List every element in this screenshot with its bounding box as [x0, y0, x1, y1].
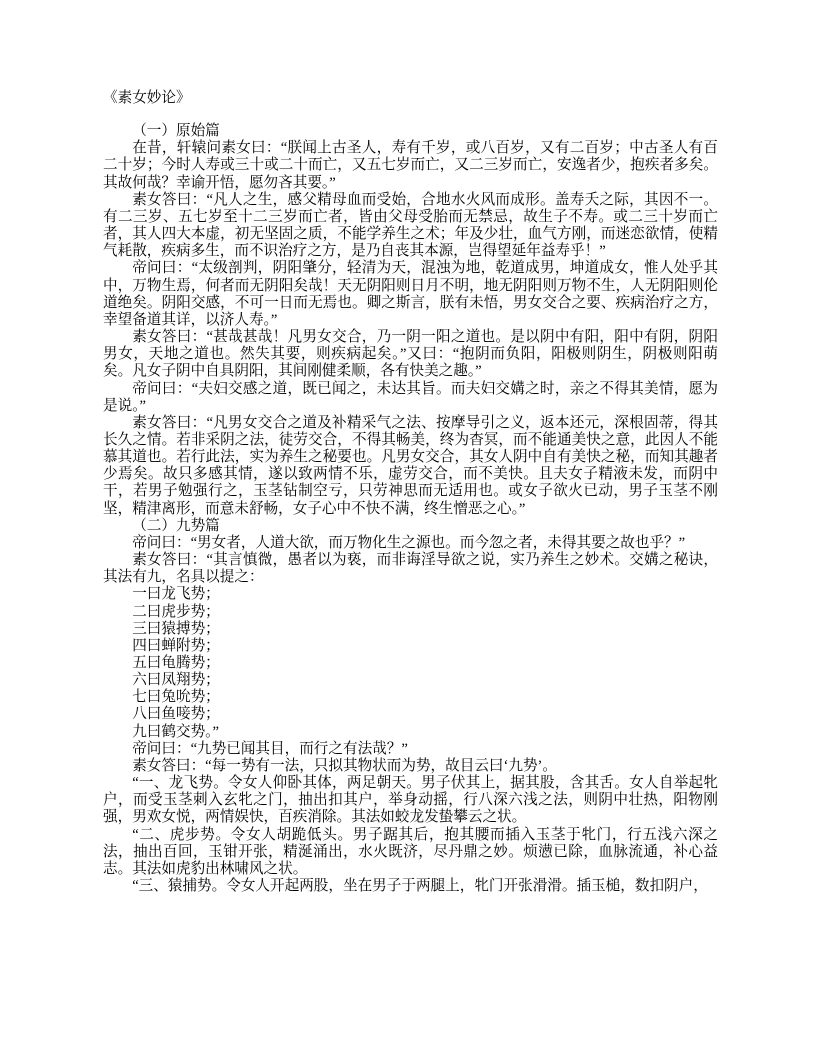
list-item: 一曰龙飞势；	[103, 586, 718, 603]
paragraph: “二、虎步势。令女人胡跪低头。男子踞其后，抱其腰而插入玉茎于牝门，行五浅六深之法…	[103, 827, 718, 878]
list-item: 七曰兔吮势；	[103, 689, 718, 706]
paragraph: “一、龙飞势。令女人仰卧其体，两足朝天。男子伏其上，据其股，含其舌。女人自举起牝…	[103, 775, 718, 826]
paragraph: 素女答曰：“凡男女交合之道及补精采气之法、按摩导引之义，返本还元，深根固蒂，得其…	[103, 415, 718, 518]
paragraph: 帝问曰：“九势已闻其目，而行之有法哉？”	[103, 741, 718, 758]
paragraph: 帝问曰：“男女者，人道大欲，而万物化生之源也。而今忽之者，未得其要之故也乎？”	[103, 535, 718, 552]
paragraph: “三、猿捕势。令女人开起两股，坐在男子于两腿上，牝门开张滑滑。插玉槌，数扣阴户，	[103, 878, 718, 895]
list-item: 三曰猿搏势；	[103, 621, 718, 638]
paragraph: 在昔，轩辕问素女曰：“朕闻上古圣人，寿有千岁，或八百岁，又有二百岁；中古圣人有百…	[103, 140, 718, 191]
list-item: 四曰蝉附势；	[103, 638, 718, 655]
paragraph: 素女答曰：“其言慎微，愚者以为亵，而非诲淫导欲之说，实乃养生之妙术。交媾之秘诀，…	[103, 552, 718, 586]
document-body: 《素女妙论》 （一）原始篇 在昔，轩辕问素女曰：“朕闻上古圣人，寿有千岁，或八百…	[103, 90, 718, 895]
document-page: 《素女妙论》 （一）原始篇 在昔，轩辕问素女曰：“朕闻上古圣人，寿有千岁，或八百…	[0, 0, 816, 1056]
list-item: 六曰凤翔势；	[103, 672, 718, 689]
paragraph: 素女答曰：“每一势有一法，只拟其物状而为势，故目云曰‘九势’。	[103, 758, 718, 775]
list-item: 九曰鹤交势。”	[103, 724, 718, 741]
paragraph: 素女答曰：“甚哉甚哉！凡男女交合，乃一阴一阳之道也。是以阴中有阳，阳中有阴，阴阳…	[103, 329, 718, 380]
document-title: 《素女妙论》	[103, 90, 718, 107]
list-item: 五曰龟腾势；	[103, 655, 718, 672]
paragraph: 素女答曰：“凡人之生，感父精母血而受始，合地水火风而成形。盖寿夭之际，其因不一。…	[103, 192, 718, 261]
paragraph: 帝问曰：“夫妇交感之道，既已闻之，未达其旨。而夫妇交媾之时，亲之不得其美情，愿为…	[103, 381, 718, 415]
paragraph: 帝问曰：“太级剖判，阴阳肇分，轻清为天，混浊为地，乾道成男，坤道成女，惟人处乎其…	[103, 260, 718, 329]
list-item: 八曰鱼唼势；	[103, 706, 718, 723]
section-heading-2: （二）九势篇	[103, 518, 718, 535]
section-heading-1: （一）原始篇	[103, 123, 718, 140]
list-item: 二曰虎步势；	[103, 604, 718, 621]
